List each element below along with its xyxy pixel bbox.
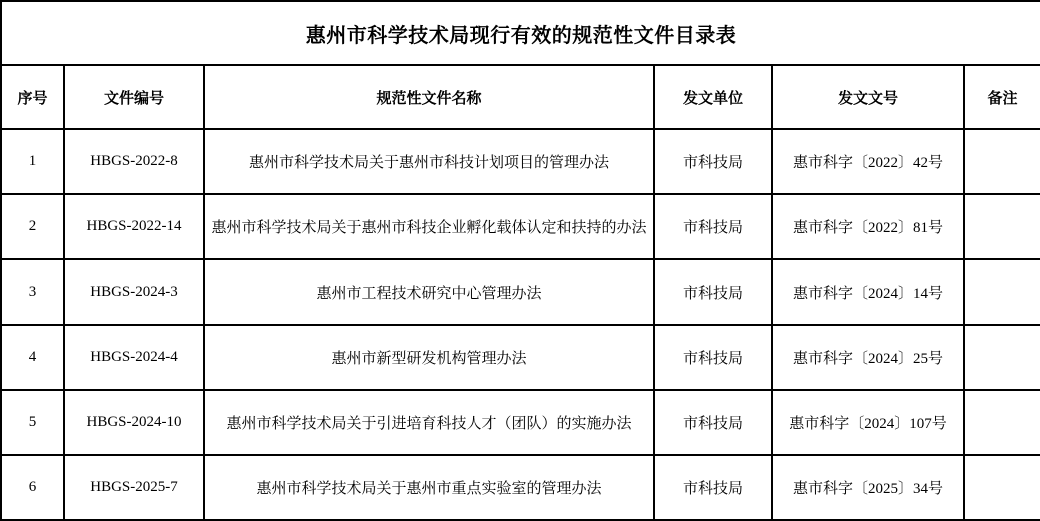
column-header-issuer: 发文单位 <box>654 65 772 129</box>
cell-seq: 2 <box>1 194 64 259</box>
column-header-seq: 序号 <box>1 65 64 129</box>
cell-name: 惠州市科学技术局关于惠州市科技企业孵化载体认定和扶持的办法 <box>204 194 654 259</box>
column-header-ref-no: 发文文号 <box>772 65 964 129</box>
cell-seq: 5 <box>1 390 64 455</box>
cell-remark <box>964 194 1040 259</box>
cell-seq: 6 <box>1 455 64 520</box>
title-row: 惠州市科学技术局现行有效的规范性文件目录表 <box>1 1 1040 65</box>
cell-name: 惠州市科学技术局关于惠州市重点实验室的管理办法 <box>204 455 654 520</box>
cell-remark <box>964 390 1040 455</box>
cell-issuer: 市科技局 <box>654 325 772 390</box>
cell-seq: 1 <box>1 129 64 194</box>
cell-remark <box>964 455 1040 520</box>
cell-issuer: 市科技局 <box>654 194 772 259</box>
cell-name: 惠州市科学技术局关于引进培育科技人才（团队）的实施办法 <box>204 390 654 455</box>
normative-documents-table: 惠州市科学技术局现行有效的规范性文件目录表 序号 文件编号 规范性文件名称 发文… <box>0 0 1040 521</box>
cell-name: 惠州市新型研发机构管理办法 <box>204 325 654 390</box>
column-header-remark: 备注 <box>964 65 1040 129</box>
cell-ref-no: 惠市科字〔2024〕107号 <box>772 390 964 455</box>
table-header-row: 序号 文件编号 规范性文件名称 发文单位 发文文号 备注 <box>1 65 1040 129</box>
cell-remark <box>964 259 1040 324</box>
cell-seq: 3 <box>1 259 64 324</box>
cell-doc-no: HBGS-2024-10 <box>64 390 204 455</box>
cell-ref-no: 惠市科字〔2022〕81号 <box>772 194 964 259</box>
cell-ref-no: 惠市科字〔2024〕25号 <box>772 325 964 390</box>
table-row: 3 HBGS-2024-3 惠州市工程技术研究中心管理办法 市科技局 惠市科字〔… <box>1 259 1040 324</box>
cell-doc-no: HBGS-2025-7 <box>64 455 204 520</box>
cell-seq: 4 <box>1 325 64 390</box>
cell-remark <box>964 129 1040 194</box>
cell-ref-no: 惠市科字〔2024〕14号 <box>772 259 964 324</box>
column-header-doc-no: 文件编号 <box>64 65 204 129</box>
table-row: 5 HBGS-2024-10 惠州市科学技术局关于引进培育科技人才（团队）的实施… <box>1 390 1040 455</box>
cell-issuer: 市科技局 <box>654 455 772 520</box>
cell-ref-no: 惠市科字〔2025〕34号 <box>772 455 964 520</box>
cell-name: 惠州市工程技术研究中心管理办法 <box>204 259 654 324</box>
page-title: 惠州市科学技术局现行有效的规范性文件目录表 <box>1 1 1040 65</box>
table-row: 2 HBGS-2022-14 惠州市科学技术局关于惠州市科技企业孵化载体认定和扶… <box>1 194 1040 259</box>
cell-issuer: 市科技局 <box>654 390 772 455</box>
cell-doc-no: HBGS-2024-3 <box>64 259 204 324</box>
column-header-name: 规范性文件名称 <box>204 65 654 129</box>
cell-doc-no: HBGS-2022-8 <box>64 129 204 194</box>
table-row: 1 HBGS-2022-8 惠州市科学技术局关于惠州市科技计划项目的管理办法 市… <box>1 129 1040 194</box>
cell-ref-no: 惠市科字〔2022〕42号 <box>772 129 964 194</box>
cell-doc-no: HBGS-2024-4 <box>64 325 204 390</box>
cell-doc-no: HBGS-2022-14 <box>64 194 204 259</box>
cell-issuer: 市科技局 <box>654 129 772 194</box>
table-row: 4 HBGS-2024-4 惠州市新型研发机构管理办法 市科技局 惠市科字〔20… <box>1 325 1040 390</box>
table-row: 6 HBGS-2025-7 惠州市科学技术局关于惠州市重点实验室的管理办法 市科… <box>1 455 1040 520</box>
cell-remark <box>964 325 1040 390</box>
cell-name: 惠州市科学技术局关于惠州市科技计划项目的管理办法 <box>204 129 654 194</box>
cell-issuer: 市科技局 <box>654 259 772 324</box>
